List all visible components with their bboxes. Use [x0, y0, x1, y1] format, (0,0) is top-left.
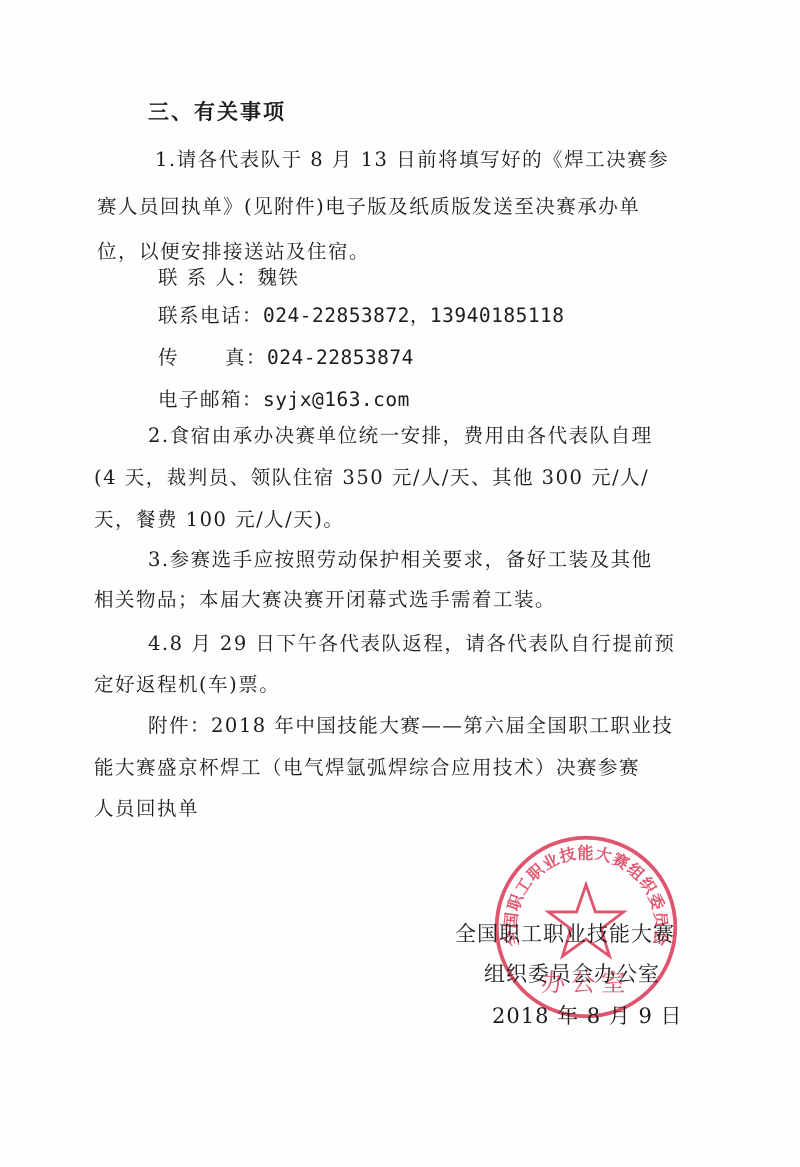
contact-phone-row: 联系电话：024-22853872，13940185118	[158, 304, 565, 328]
item4-line2: 定好返程机(车)票。	[94, 673, 280, 697]
item3-line1: 3.参赛选手应按照劳动保护相关要求，备好工装及其他	[148, 548, 653, 572]
contact-email-row: 电子邮箱：syjx@163.com	[158, 388, 410, 412]
item1-line1: 1.请各代表队于 8 月 13 日前将填写好的《焊工决赛参	[155, 148, 669, 172]
item1-line3: 位，以便安排接送站及住宿。	[97, 240, 370, 264]
contact-email-value: syjx@163.com	[263, 388, 410, 411]
contact-fax-value: 024-22853874	[267, 346, 414, 369]
item2-line3: 天，餐费 100 元/人/天)。	[94, 508, 344, 532]
item2-line2: (4 天，裁判员、领队住宿 350 元/人/天、其他 300 元/人/	[94, 466, 649, 490]
signature-date: 2018 年 8 月 9 日	[492, 1000, 683, 1030]
contact-person-label: 联 系 人：	[158, 266, 257, 289]
item1-line2: 赛人员回执单》(见附件)电子版及纸质版发送至决赛承办单	[97, 195, 640, 219]
contact-phone-value: 024-22853872，13940185118	[263, 304, 565, 327]
item4-line1: 4.8 月 29 日下午各代表队返程，请各代表队自行提前预	[148, 632, 675, 656]
contact-phone-label: 联系电话：	[158, 304, 263, 327]
document-page: 三、有关事项 1.请各代表队于 8 月 13 日前将填写好的《焊工决赛参 赛人员…	[0, 0, 800, 1167]
section-heading: 三、有关事项	[148, 100, 286, 124]
contact-fax-label-1: 传	[158, 346, 225, 370]
contact-email-label: 电子邮箱：	[158, 388, 263, 411]
signature-org-line1: 全国职工职业技能大赛	[455, 918, 675, 948]
item3-line2: 相关物品；本届大赛决赛开闭幕式选手需着工装。	[94, 588, 556, 612]
signature-org-line2: 组织委员会办公室	[484, 958, 660, 988]
contact-fax-label-2: 真：	[225, 346, 267, 369]
attachment-line1: 附件：2018 年中国技能大赛——第六届全国职工职业技	[148, 714, 673, 738]
contact-person-value: 魏铁	[257, 266, 299, 289]
contact-fax-row: 传真：024-22853874	[158, 346, 414, 370]
contact-person-row: 联 系 人：魏铁	[158, 266, 299, 290]
attachment-line3: 人员回执单	[94, 797, 199, 821]
item2-line1: 2.食宿由承办决赛单位统一安排，费用由各代表队自理	[148, 424, 653, 448]
attachment-line2: 能大赛盛京杯焊工（电气焊氩弧焊综合应用技术）决赛参赛	[94, 756, 640, 780]
